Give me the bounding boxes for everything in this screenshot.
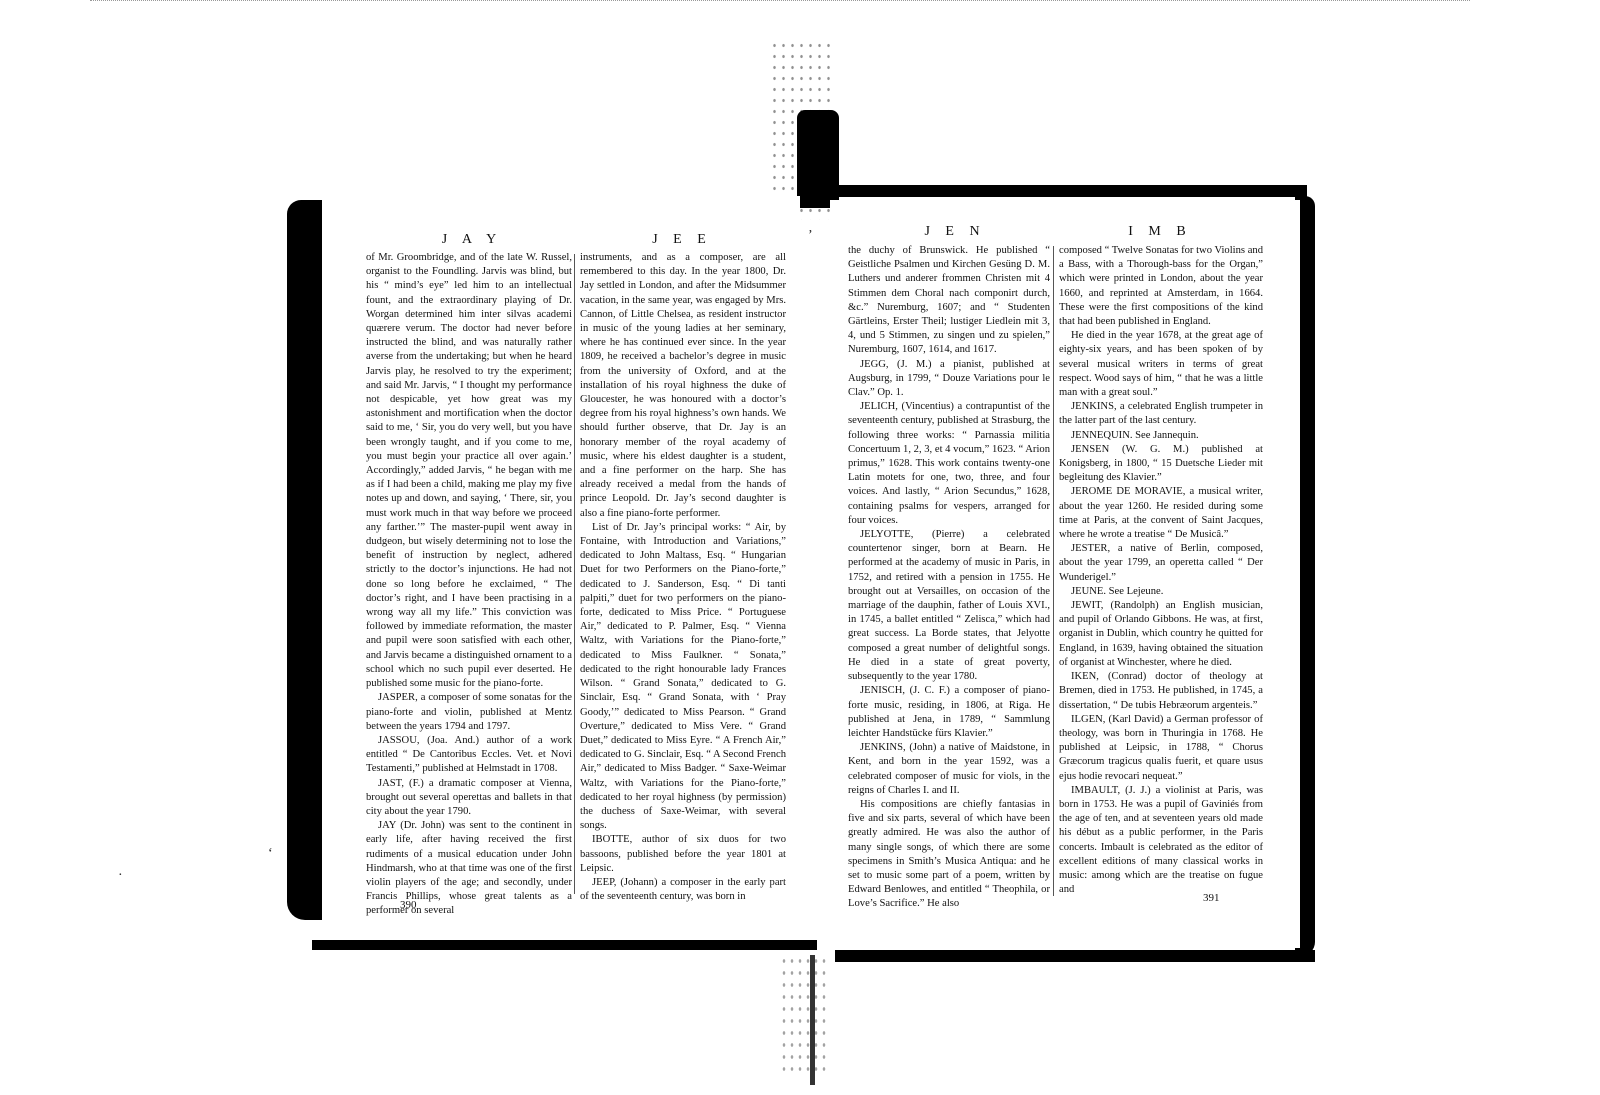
left-page: J A Y J E E of Mr. Groombridge, and of t… <box>322 196 800 936</box>
entry-jegg: JEGG, (J. M.) a pianist, published at Au… <box>848 358 1050 401</box>
entry-jensen: JENSEN (W. G. M.) published at Konigsber… <box>1059 443 1263 486</box>
entry-imbault: IMBAULT, (J. J.) a violinist at Paris, w… <box>1059 784 1263 898</box>
column-divider <box>1053 246 1054 896</box>
entry-jeep: JEEP, (Johann) a composer in the early p… <box>580 876 786 904</box>
text-column-2: composed “ Twelve Sonatas for two Violin… <box>1059 244 1263 897</box>
spine-bottom-line <box>810 955 815 1085</box>
entry-jenkins-john: JENKINS, (John) a native of Maidstone, i… <box>848 741 1050 798</box>
entry-ibotte: IBOTTE, author of six duos for two basso… <box>580 833 786 876</box>
entry-jennequin: JENNEQUIN. See Jannequin. <box>1059 429 1263 443</box>
running-head-left: J A Y <box>372 232 572 248</box>
paragraph-works-list: List of Dr. Jay’s principal works: “ Air… <box>580 521 786 833</box>
spine-speckle-bottom <box>780 955 830 1075</box>
entry-jassou: JASSOU, (Joa. And.) author of a work ent… <box>366 734 572 777</box>
page-number: 390 <box>400 899 417 911</box>
entry-jester: JESTER, a native of Berlin, composed, ab… <box>1059 542 1263 585</box>
entry-jasper: JASPER, a composer of some sonatas for t… <box>366 691 572 734</box>
running-head-left: J E N <box>850 224 1060 240</box>
right-page: J E N I M B the duchy of Brunswick. He p… <box>830 200 1300 948</box>
entry-iken: IKEN, (Conrad) doctor of theology at Bre… <box>1059 670 1263 713</box>
page-number: 391 <box>1203 892 1220 904</box>
left-page-bottom-edge <box>312 940 817 950</box>
entry-jeune: JEUNE. See Lejeune. <box>1059 585 1263 599</box>
entry-jelich: JELICH, (Vincentius) a contrapuntist of … <box>848 400 1050 528</box>
entry-jast: JAST, (F.) a dramatic composer at Vienna… <box>366 777 572 820</box>
right-page-top-edge <box>837 185 1307 197</box>
text-column-2: instruments, and as a composer, are all … <box>580 251 786 904</box>
right-page-bottom-edge <box>835 950 1315 962</box>
running-head-right: I M B <box>1055 224 1265 240</box>
paragraph: of Mr. Groombridge, and of the late W. R… <box>366 251 572 691</box>
column-divider <box>574 254 575 894</box>
running-head-right: J E E <box>577 232 787 248</box>
entry-jay: JAY (Dr. John) was sent to the continent… <box>366 819 572 918</box>
paragraph: the duchy of Brunswick. He published “ G… <box>848 244 1050 358</box>
paragraph: instruments, and as a composer, are all … <box>580 251 786 521</box>
entry-jenisch: JENISCH, (J. C. F.) a composer of piano-… <box>848 684 1050 741</box>
entry-jewit: JEWIT, (Randolph) an English musician, a… <box>1059 599 1263 670</box>
scan-mark: · <box>118 868 123 884</box>
scan-mark: ‘ <box>268 846 273 862</box>
paragraph: He died in the year 1678, at the great a… <box>1059 329 1263 400</box>
paragraph: His compositions are chiefly fantasias i… <box>848 798 1050 912</box>
text-column-1: of Mr. Groombridge, and of the late W. R… <box>366 251 572 919</box>
entry-jerome-de-moravie: JEROME DE MORAVIE, a musical writer, abo… <box>1059 485 1263 542</box>
text-column-1: the duchy of Brunswick. He published “ G… <box>848 244 1050 912</box>
entry-ilgen: ILGEN, (Karl David) a German professor o… <box>1059 713 1263 784</box>
scan-top-edge <box>90 0 1470 3</box>
spine-top-shadow <box>797 110 839 208</box>
paragraph: composed “ Twelve Sonatas for two Violin… <box>1059 244 1263 329</box>
entry-jenkins: JENKINS, a celebrated English trumpeter … <box>1059 400 1263 428</box>
scan-mark: ’ <box>808 228 813 244</box>
entry-jelyotte: JELYOTTE, (Pierre) a celebrated countert… <box>848 528 1050 684</box>
